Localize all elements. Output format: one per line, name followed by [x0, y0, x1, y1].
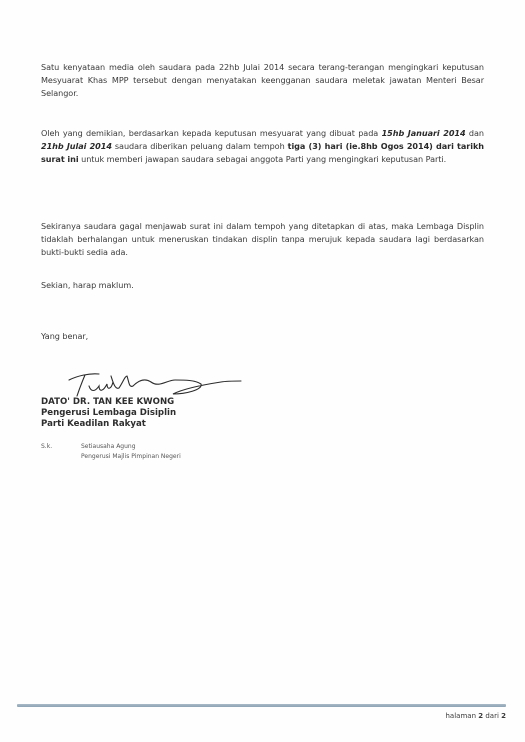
signatory-organisation: Parti Keadilan Rakyat	[41, 419, 176, 430]
signatory-block: DATO' DR. TAN KEE KWONG Pengerusi Lembag…	[41, 397, 176, 431]
text: dan	[466, 128, 484, 138]
footer-divider	[17, 704, 506, 707]
date-meeting-2: 21hb Julai 2014	[41, 141, 112, 151]
paragraph-media-statement: Satu kenyataan media oleh saudara pada 2…	[41, 61, 484, 101]
paragraph-deadline: Oleh yang demikian, berdasarkan kepada k…	[41, 127, 484, 167]
text: Oleh yang demikian, berdasarkan kepada k…	[41, 128, 382, 138]
cc-recipient: Pengerusi Majlis Pimpinan Negeri	[81, 452, 181, 462]
cc-recipient: Setiausaha Agung	[81, 442, 181, 452]
regards-line: Yang benar,	[41, 330, 484, 343]
closing-line: Sekian, harap maklum.	[41, 279, 484, 292]
page-total: 2	[501, 712, 506, 720]
page-middle: dari	[483, 712, 501, 720]
text: saudara diberikan peluang dalam tempoh	[112, 141, 288, 151]
paragraph-consequence: Sekiranya saudara gagal menjawab surat i…	[41, 220, 484, 260]
cc-label: S.k.	[41, 442, 52, 452]
cc-recipients: Setiausaha Agung Pengerusi Majlis Pimpin…	[81, 442, 181, 461]
text: untuk memberi jawapan saudara sebagai an…	[79, 154, 447, 164]
signature-icon	[55, 362, 245, 398]
page-prefix: halaman	[446, 712, 479, 720]
page-number: halaman 2 dari 2	[446, 712, 507, 720]
signatory-name: DATO' DR. TAN KEE KWONG	[41, 397, 176, 408]
date-meeting-1: 15hb Januari 2014	[382, 128, 466, 138]
signatory-title: Pengerusi Lembaga Disiplin	[41, 408, 176, 419]
